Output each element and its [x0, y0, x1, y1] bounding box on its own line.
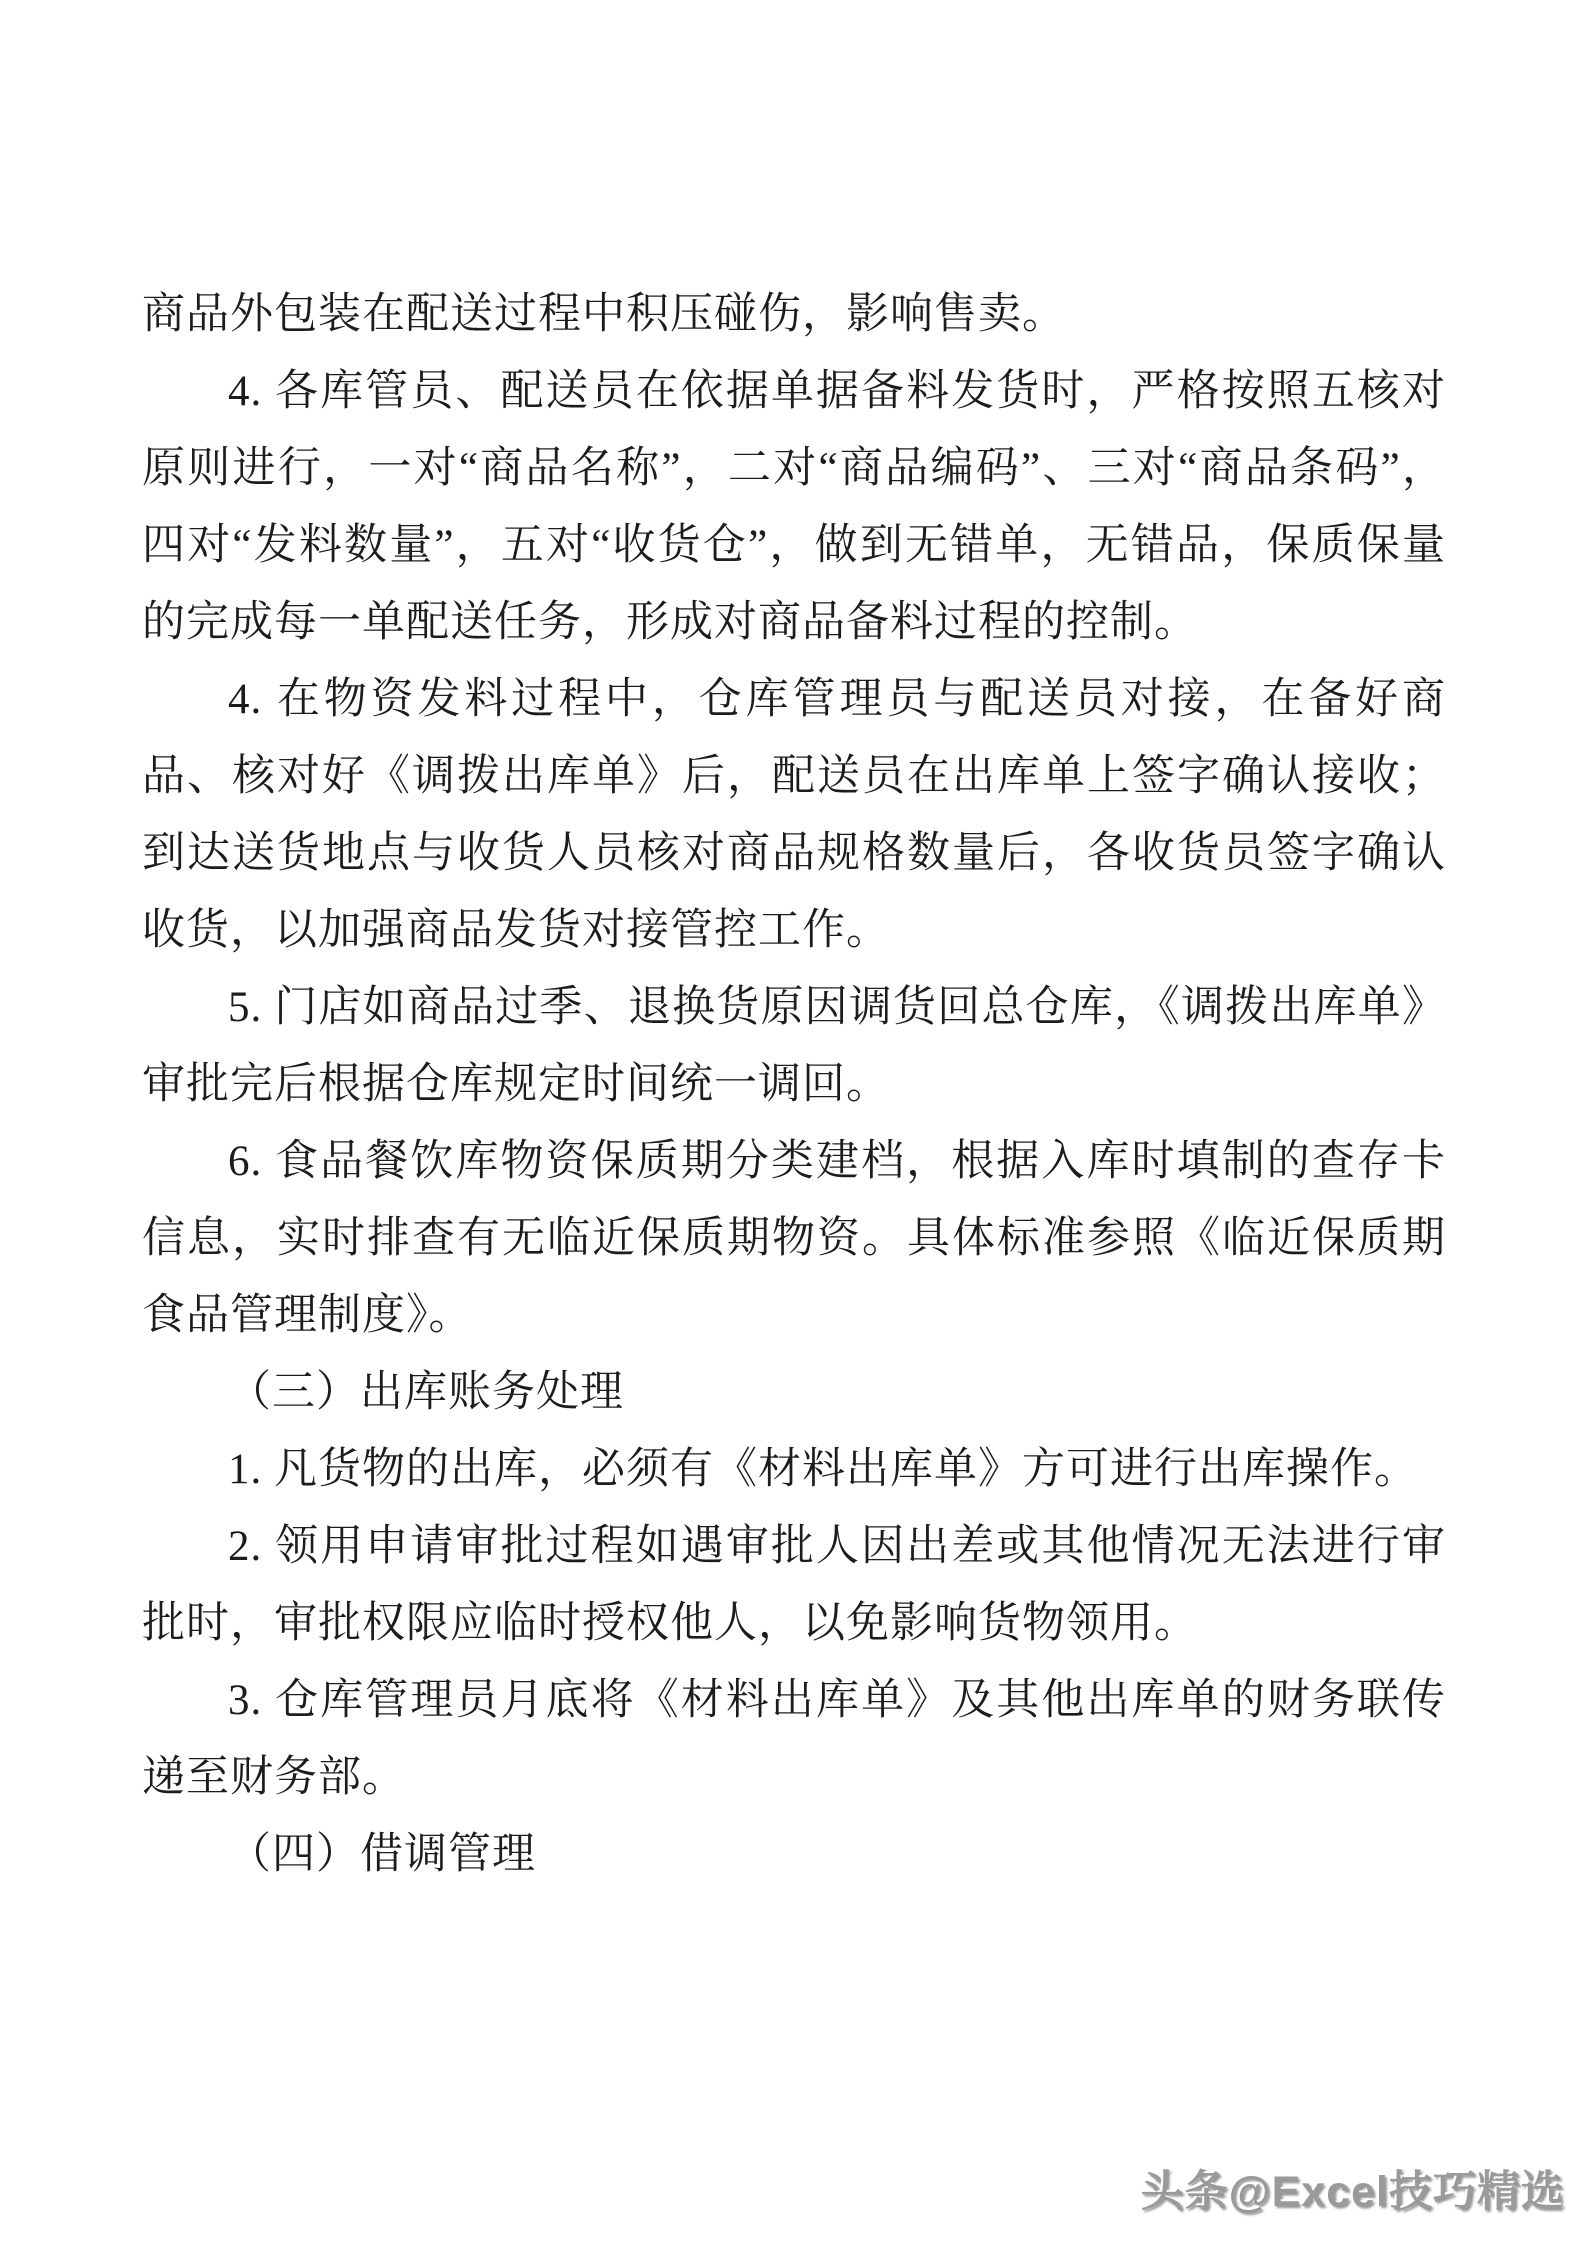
paragraph: 5. 门店如商品过季、退换货原因调货回总仓库，《调拨出库单》审批完后根据仓库规定…: [142, 969, 1446, 1123]
paragraph: 商品外包装在配送过程中积压碰伤，影响售卖。: [142, 276, 1446, 353]
paragraph: 2. 领用申请审批过程如遇审批人因出差或其他情况无法进行审批时，审批权限应临时授…: [142, 1508, 1446, 1662]
section-heading: （四）借调管理: [142, 1816, 1446, 1893]
section-heading: （三）出库账务处理: [142, 1354, 1446, 1431]
paragraph: 4. 在物资发料过程中，仓库管理员与配送员对接，在备好商品、核对好《调拨出库单》…: [142, 661, 1446, 969]
paragraph: 4. 各库管员、配送员在依据单据备料发货时，严格按照五核对原则进行，一对“商品名…: [142, 353, 1446, 661]
document-body: 商品外包装在配送过程中积压碰伤，影响售卖。 4. 各库管员、配送员在依据单据备料…: [142, 276, 1446, 1893]
paragraph: 6. 食品餐饮库物资保质期分类建档，根据入库时填制的查存卡信息，实时排查有无临近…: [142, 1123, 1446, 1354]
paragraph: 1. 凡货物的出库，必须有《材料出库单》方可进行出库操作。: [142, 1431, 1446, 1508]
watermark: 头条@Excel技巧精选: [1141, 2158, 1565, 2219]
document-page: 商品外包装在配送过程中积压碰伤，影响售卖。 4. 各库管员、配送员在依据单据备料…: [0, 0, 1587, 2245]
paragraph: 3. 仓库管理员月底将《材料出库单》及其他出库单的财务联传递至财务部。: [142, 1662, 1446, 1816]
